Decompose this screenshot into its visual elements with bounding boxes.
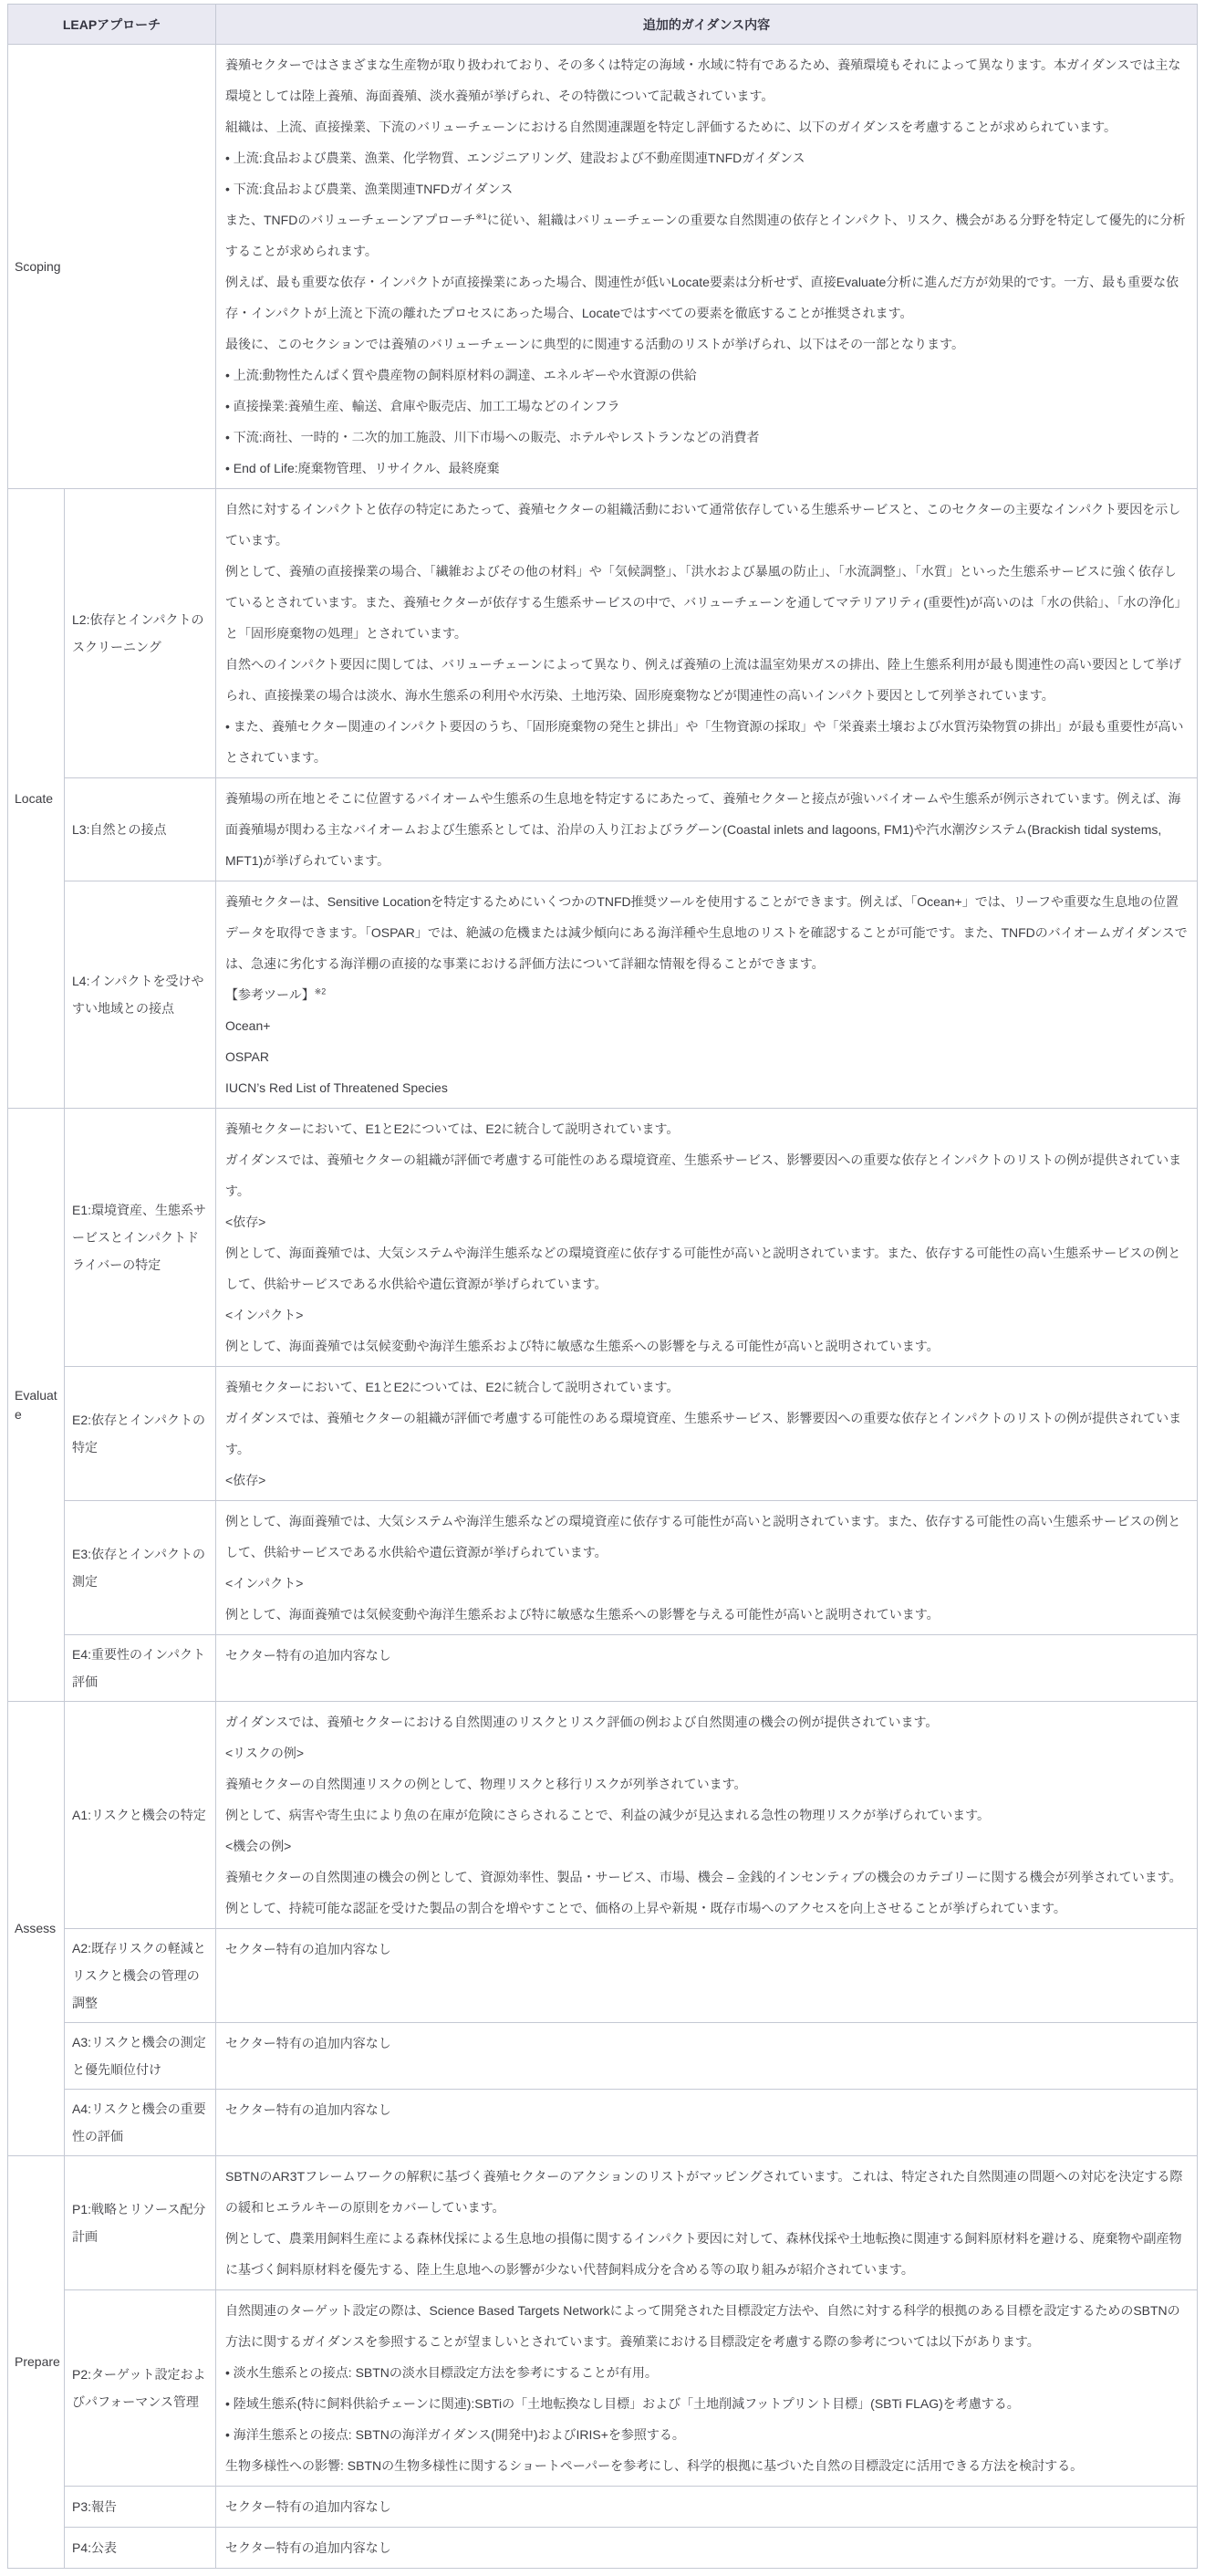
guidance-line: SBTNのAR3Tフレームワークの解釈に基づく養殖セクターのアクションのリストが… bbox=[225, 2161, 1188, 2223]
header-leap-approach: LEAPアプローチ bbox=[8, 5, 216, 45]
table-row: Scoping養殖セクターではさまざまな生産物が取り扱われており、その多くは特定… bbox=[8, 45, 1198, 489]
guidance-line: <依存> bbox=[225, 1465, 1188, 1496]
table-row: A3:リスクと機会の測定と優先順位付けセクター特有の追加内容なし bbox=[8, 2023, 1198, 2090]
guidance-cell: 自然に対するインパクトと依存の特定にあたって、養殖セクターの組織活動において通常… bbox=[216, 489, 1198, 778]
guidance-cell: セクター特有の追加内容なし bbox=[216, 1635, 1198, 1702]
guidance-line: • 陸域生態系(特に飼料供給チェーンに関連):SBTiの「土地転換なし目標」およ… bbox=[225, 2388, 1188, 2419]
guidance-line: 【参考ツール】※2 bbox=[225, 979, 1188, 1010]
table-row: P2:ターゲット設定およびパフォーマンス管理自然関連のターゲット設定の際は、Sc… bbox=[8, 2290, 1198, 2487]
guidance-line: OSPAR bbox=[225, 1041, 1188, 1072]
guidance-line: 最後に、このセクションでは養殖のバリューチェーンに典型的に関連する活動のリストが… bbox=[225, 329, 1188, 360]
table-row: E2:依存とインパクトの特定養殖セクターにおいて、E1とE2については、E2に統… bbox=[8, 1367, 1198, 1501]
table-row: L4:インパクトを受けやすい地域との接点養殖セクターは、Sensitive Lo… bbox=[8, 881, 1198, 1109]
stage-cell-assess: Assess bbox=[8, 1702, 65, 2156]
step-cell: P1:戦略とリソース配分計画 bbox=[65, 2156, 216, 2290]
stage-cell-locate: Locate bbox=[8, 489, 65, 1109]
table-row: L3:自然との接点養殖場の所在地とそこに位置するバイオームや生態系の生息地を特定… bbox=[8, 778, 1198, 881]
table-row: A4:リスクと機会の重要性の評価セクター特有の追加内容なし bbox=[8, 2090, 1198, 2156]
guidance-line: セクター特有の追加内容なし bbox=[225, 2028, 1188, 2059]
guidance-cell: セクター特有の追加内容なし bbox=[216, 2090, 1198, 2156]
guidance-line: <機会の例> bbox=[225, 1830, 1188, 1862]
guidance-line: 組織は、上流、直接操業、下流のバリューチェーンにおける自然関連課題を特定し評価す… bbox=[225, 111, 1188, 142]
guidance-line: 例として、海面養殖では、大気システムや海洋生態系などの環境資産に依存する可能性が… bbox=[225, 1506, 1188, 1568]
footnote-marker: ※2 bbox=[315, 986, 327, 996]
stage-cell-evaluate: Evaluate bbox=[8, 1109, 65, 1702]
guidance-line: 養殖セクターは、Sensitive Locationを特定するためにいくつかのT… bbox=[225, 886, 1188, 979]
step-cell: E1:環境資産、生態系サービスとインパクトドライバーの特定 bbox=[65, 1109, 216, 1367]
header-additional-guidance: 追加的ガイダンス内容 bbox=[216, 5, 1198, 45]
leap-table-body: Scoping養殖セクターではさまざまな生産物が取り扱われており、その多くは特定… bbox=[8, 45, 1198, 2569]
guidance-line: セクター特有の追加内容なし bbox=[225, 2491, 1188, 2522]
table-row: EvaluateE1:環境資産、生態系サービスとインパクトドライバーの特定養殖セ… bbox=[8, 1109, 1198, 1367]
guidance-line: 自然へのインパクト要因に関しては、バリューチェーンによって異なり、例えば養殖の上… bbox=[225, 649, 1188, 711]
guidance-line: 例として、海面養殖では、大気システムや海洋生態系などの環境資産に依存する可能性が… bbox=[225, 1237, 1188, 1299]
guidance-line: 養殖セクターではさまざまな生産物が取り扱われており、その多くは特定の海域・水域に… bbox=[225, 49, 1188, 111]
guidance-cell: SBTNのAR3Tフレームワークの解釈に基づく養殖セクターのアクションのリストが… bbox=[216, 2156, 1198, 2290]
step-cell: A3:リスクと機会の測定と優先順位付け bbox=[65, 2023, 216, 2090]
guidance-cell: 養殖セクターにおいて、E1とE2については、E2に統合して説明されています。ガイ… bbox=[216, 1109, 1198, 1367]
guidance-line: ガイダンスでは、養殖セクターの組織が評価で考慮する可能性のある環境資産、生態系サ… bbox=[225, 1144, 1188, 1206]
guidance-line: 例として、養殖の直接操業の場合、「繊維およびその他の材料」や「気候調整」、「洪水… bbox=[225, 556, 1188, 649]
table-row: E4:重要性のインパクト評価セクター特有の追加内容なし bbox=[8, 1635, 1198, 1702]
guidance-line: • 上流:動物性たんぱく質や農産物の飼料原材料の調達、エネルギーや水資源の供給 bbox=[225, 360, 1188, 391]
guidance-cell: 養殖場の所在地とそこに位置するバイオームや生態系の生息地を特定するにあたって、養… bbox=[216, 778, 1198, 881]
guidance-line: 自然関連のターゲット設定の際は、Science Based Targets Ne… bbox=[225, 2295, 1188, 2357]
table-row: PrepareP1:戦略とリソース配分計画SBTNのAR3Tフレームワークの解釈… bbox=[8, 2156, 1198, 2290]
step-cell: E3:依存とインパクトの測定 bbox=[65, 1501, 216, 1635]
guidance-line: • 淡水生態系との接点: SBTNの淡水目標設定方法を参考にすることが有用。 bbox=[225, 2357, 1188, 2388]
step-cell: A2:既存リスクの軽減とリスクと機会の管理の調整 bbox=[65, 1929, 216, 2023]
table-header: LEAPアプローチ 追加的ガイダンス内容 bbox=[8, 5, 1198, 45]
guidance-line: • 直接操業:養殖生産、輸送、倉庫や販売店、加工工場などのインフラ bbox=[225, 391, 1188, 422]
stage-cell-prepare: Prepare bbox=[8, 2156, 65, 2569]
table-row: E3:依存とインパクトの測定例として、海面養殖では、大気システムや海洋生態系など… bbox=[8, 1501, 1198, 1635]
footnote-marker: ※1 bbox=[475, 212, 487, 221]
guidance-line: セクター特有の追加内容なし bbox=[225, 2094, 1188, 2125]
guidance-line: <インパクト> bbox=[225, 1299, 1188, 1330]
table-row: LocateL2:依存とインパクトのスクリーニング自然に対するインパクトと依存の… bbox=[8, 489, 1198, 778]
guidance-line: セクター特有の追加内容なし bbox=[225, 1934, 1188, 1965]
guidance-line: 例えば、最も重要な依存・インパクトが直接操業にあった場合、関連性が低いLocat… bbox=[225, 266, 1188, 329]
leap-guidance-table: LEAPアプローチ 追加的ガイダンス内容 Scoping養殖セクターではさまざま… bbox=[7, 4, 1198, 2569]
step-cell: L4:インパクトを受けやすい地域との接点 bbox=[65, 881, 216, 1109]
guidance-cell: セクター特有の追加内容なし bbox=[216, 2487, 1198, 2528]
header-row: LEAPアプローチ 追加的ガイダンス内容 bbox=[8, 5, 1198, 45]
guidance-cell: 自然関連のターゲット設定の際は、Science Based Targets Ne… bbox=[216, 2290, 1198, 2487]
guidance-cell: 養殖セクターは、Sensitive Locationを特定するためにいくつかのT… bbox=[216, 881, 1198, 1109]
guidance-line: • 下流:商社、一時的・二次的加工施設、川下市場への販売、ホテルやレストランなど… bbox=[225, 422, 1188, 453]
guidance-line: <依存> bbox=[225, 1206, 1188, 1237]
guidance-line: • また、養殖セクター関連のインパクト要因のうち、「固形廃棄物の発生と排出」や「… bbox=[225, 711, 1188, 773]
step-cell: L2:依存とインパクトのスクリーニング bbox=[65, 489, 216, 778]
page: LEAPアプローチ 追加的ガイダンス内容 Scoping養殖セクターではさまざま… bbox=[0, 0, 1205, 2576]
guidance-line: 養殖場の所在地とそこに位置するバイオームや生態系の生息地を特定するにあたって、養… bbox=[225, 783, 1188, 876]
guidance-line: 例として、病害や寄生虫により魚の在庫が危険にさらされることで、利益の減少が見込ま… bbox=[225, 1799, 1188, 1830]
step-cell: E2:依存とインパクトの特定 bbox=[65, 1367, 216, 1501]
guidance-line: ガイダンスでは、養殖セクターの組織が評価で考慮する可能性のある環境資産、生態系サ… bbox=[225, 1403, 1188, 1465]
table-row: P3:報告セクター特有の追加内容なし bbox=[8, 2487, 1198, 2528]
guidance-line: また、TNFDのバリューチェーンアプローチ※1に従い、組織はバリューチェーンの重… bbox=[225, 204, 1188, 266]
step-cell: E4:重要性のインパクト評価 bbox=[65, 1635, 216, 1702]
step-cell: P3:報告 bbox=[65, 2487, 216, 2528]
guidance-line: 生物多様性への影響: SBTNの生物多様性に関するショートペーパーを参考にし、科… bbox=[225, 2450, 1188, 2481]
guidance-line: <リスクの例> bbox=[225, 1737, 1188, 1768]
guidance-line: 養殖セクターの自然関連の機会の例として、資源効率性、製品・サービス、市場、機会 … bbox=[225, 1862, 1188, 1893]
guidance-line: • 下流:食品および農業、漁業関連TNFDガイダンス bbox=[225, 173, 1188, 204]
guidance-line: IUCN’s Red List of Threatened Species bbox=[225, 1072, 1188, 1103]
guidance-line: 例として、海面養殖では気候変動や海洋生態系および特に敏感な生態系への影響を与える… bbox=[225, 1330, 1188, 1361]
table-row: P4:公表セクター特有の追加内容なし bbox=[8, 2528, 1198, 2569]
guidance-line: 養殖セクターの自然関連リスクの例として、物理リスクと移行リスクが列挙されています… bbox=[225, 1768, 1188, 1799]
guidance-line: • End of Life:廃棄物管理、リサイクル、最終廃棄 bbox=[225, 453, 1188, 484]
guidance-cell: 養殖セクターにおいて、E1とE2については、E2に統合して説明されています。ガイ… bbox=[216, 1367, 1198, 1501]
guidance-line: • 上流:食品および農業、漁業、化学物質、エンジニアリング、建設および不動産関連… bbox=[225, 142, 1188, 173]
step-cell: P2:ターゲット設定およびパフォーマンス管理 bbox=[65, 2290, 216, 2487]
guidance-line: ガイダンスでは、養殖セクターにおける自然関連のリスクとリスク評価の例および自然関… bbox=[225, 1706, 1188, 1737]
guidance-cell: 例として、海面養殖では、大気システムや海洋生態系などの環境資産に依存する可能性が… bbox=[216, 1501, 1198, 1635]
guidance-line: セクター特有の追加内容なし bbox=[225, 2532, 1188, 2563]
guidance-line: 例として、農業用飼料生産による森林伐採による生息地の損傷に関するインパクト要因に… bbox=[225, 2223, 1188, 2285]
guidance-line: 例として、持続可能な認証を受けた製品の割合を増やすことで、価格の上昇や新規・既存… bbox=[225, 1893, 1188, 1924]
guidance-cell: セクター特有の追加内容なし bbox=[216, 1929, 1198, 2023]
table-row: AssessA1:リスクと機会の特定ガイダンスでは、養殖セクターにおける自然関連… bbox=[8, 1702, 1198, 1929]
guidance-line: セクター特有の追加内容なし bbox=[225, 1640, 1188, 1671]
guidance-line: 自然に対するインパクトと依存の特定にあたって、養殖セクターの組織活動において通常… bbox=[225, 494, 1188, 556]
guidance-cell: セクター特有の追加内容なし bbox=[216, 2528, 1198, 2569]
stage-cell-scoping: Scoping bbox=[8, 45, 216, 489]
step-cell: A4:リスクと機会の重要性の評価 bbox=[65, 2090, 216, 2156]
step-cell: A1:リスクと機会の特定 bbox=[65, 1702, 216, 1929]
table-row: A2:既存リスクの軽減とリスクと機会の管理の調整セクター特有の追加内容なし bbox=[8, 1929, 1198, 2023]
guidance-cell: ガイダンスでは、養殖セクターにおける自然関連のリスクとリスク評価の例および自然関… bbox=[216, 1702, 1198, 1929]
guidance-line: 養殖セクターにおいて、E1とE2については、E2に統合して説明されています。 bbox=[225, 1113, 1188, 1144]
guidance-line: <インパクト> bbox=[225, 1568, 1188, 1599]
guidance-cell: 養殖セクターではさまざまな生産物が取り扱われており、その多くは特定の海域・水域に… bbox=[216, 45, 1198, 489]
guidance-line: 例として、海面養殖では気候変動や海洋生態系および特に敏感な生態系への影響を与える… bbox=[225, 1599, 1188, 1630]
guidance-cell: セクター特有の追加内容なし bbox=[216, 2023, 1198, 2090]
step-cell: L3:自然との接点 bbox=[65, 778, 216, 881]
guidance-line: • 海洋生態系との接点: SBTNの海洋ガイダンス(開発中)およびIRIS+を参… bbox=[225, 2419, 1188, 2450]
guidance-line: 養殖セクターにおいて、E1とE2については、E2に統合して説明されています。 bbox=[225, 1371, 1188, 1403]
step-cell: P4:公表 bbox=[65, 2528, 216, 2569]
guidance-line: Ocean+ bbox=[225, 1010, 1188, 1041]
